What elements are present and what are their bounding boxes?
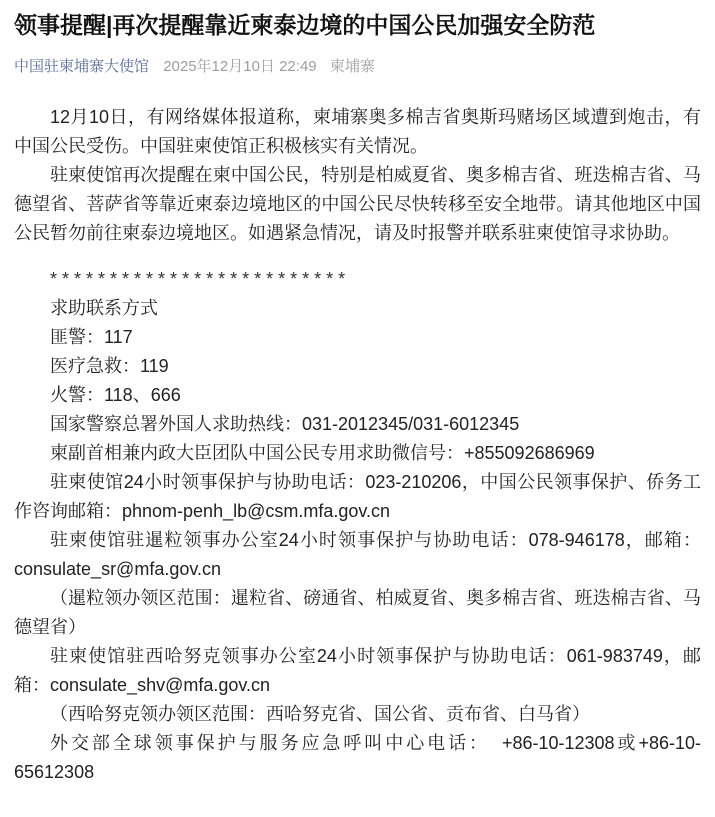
contact-embassy-hotline: 驻柬使馆24小时领事保护与协助电话：023-210206，中国公民领事保护、侨务… [14,468,701,526]
article-byline: 中国驻柬埔寨大使馆 2025年12月10日 22:49 柬埔寨 [14,57,701,77]
contact-foreigner-hotline: 国家警察总署外国人求助热线：031-2012345/031-6012345 [14,410,701,439]
separator-stars: * * * * * * * * * * * * * * * * * * * * … [14,265,701,294]
contact-wechat-helpline: 柬副首相兼内政大臣团队中国公民专用求助微信号：+855092686969 [14,439,701,468]
contact-siem-reap-jurisdiction: （暹粒领办领区范围：暹粒省、磅通省、柏威夏省、奥多棉吉省、班迭棉吉省、马德望省） [14,584,701,642]
article-content: 12月10日，有网络媒体报道称，柬埔寨奥多棉吉省奥斯玛赌场区域遭到炮击，有中国公… [14,103,701,787]
contact-siem-reap-office: 驻柬使馆驻暹粒领事办公室24小时领事保护与协助电话：078-946178，邮箱：… [14,526,701,584]
contact-police: 匪警：117 [14,323,701,352]
article-title: 领事提醒|再次提醒靠近柬泰边境的中国公民加强安全防范 [14,9,701,41]
contact-section-heading: 求助联系方式 [14,294,701,323]
article-page: 领事提醒|再次提醒靠近柬泰边境的中国公民加强安全防范 中国驻柬埔寨大使馆 202… [0,0,715,817]
contact-mfa-global-hotline: 外交部全球领事保护与服务应急呼叫中心电话： +86-10-12308或+86-1… [14,729,701,787]
contact-medical: 医疗急救：119 [14,352,701,381]
publish-time: 2025年12月10日 22:49 [163,58,316,75]
paragraph-incident-report: 12月10日，有网络媒体报道称，柬埔寨奥多棉吉省奥斯玛赌场区域遭到炮击，有中国公… [14,103,701,161]
contact-sihanoukville-jurisdiction: （西哈努克领办领区范围：西哈努克省、国公省、贡布省、白马省） [14,700,701,729]
contact-sihanoukville-office: 驻柬使馆驻西哈努克领事办公室24小时领事保护与协助电话：061-983749，邮… [14,642,701,700]
contact-fire: 火警：118、666 [14,381,701,410]
account-name-link[interactable]: 中国驻柬埔寨大使馆 [14,58,149,75]
paragraph-advisory: 驻柬使馆再次提醒在柬中国公民，特别是柏威夏省、奥多棉吉省、班迭棉吉省、马德望省、… [14,161,701,248]
publish-location: 柬埔寨 [330,58,375,75]
